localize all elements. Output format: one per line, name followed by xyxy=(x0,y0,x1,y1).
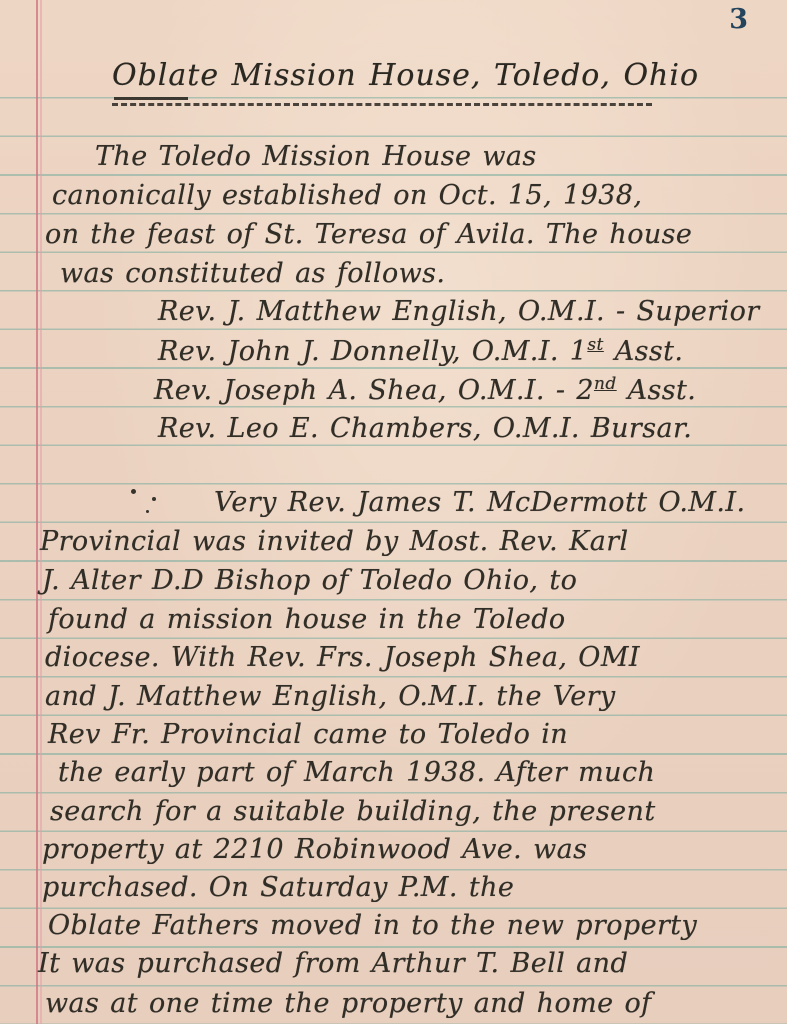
margin-line-inner xyxy=(40,0,42,1024)
handwritten-line: The Toledo Mission House was xyxy=(95,141,537,172)
margin-line xyxy=(36,0,38,1024)
handwritten-line: canonically established on Oct. 15, 1938… xyxy=(52,180,642,211)
handwritten-line: the early part of March 1938. After much xyxy=(58,757,655,788)
handwritten-line: Oblate Fathers moved in to the new prope… xyxy=(48,910,697,941)
roster-line-first-assistant: Rev. John J. Donnelly, O.M.I. 1st Asst. xyxy=(158,335,683,367)
ordinal-superscript: nd xyxy=(594,374,617,394)
roster-line-second-assistant: Rev. Joseph A. Shea, O.M.I. - 2nd Asst. xyxy=(154,374,696,406)
handwritten-line: found a mission house in the Toledo xyxy=(48,604,566,635)
handwritten-line: diocese. With Rev. Frs. Joseph Shea, OMI xyxy=(45,642,640,673)
roster-text: Asst. xyxy=(604,336,684,367)
handwritten-line: on the feast of St. Teresa of Avila. The… xyxy=(45,219,692,250)
title-underline-solid xyxy=(114,97,188,100)
handwritten-line: and J. Matthew English, O.M.I. the Very xyxy=(45,681,616,712)
notebook-page: 3 Oblate Mission House, Toledo, Ohio The… xyxy=(0,0,787,1024)
handwritten-line: J. Alter D.D Bishop of Toledo Ohio, to xyxy=(42,565,577,596)
handwritten-line: was at one time the property and home of xyxy=(45,988,652,1019)
roster-text: Asst. xyxy=(617,375,697,406)
handwritten-line: purchased. On Saturday P.M. the xyxy=(42,872,514,903)
page-title: Oblate Mission House, Toledo, Ohio xyxy=(112,58,699,93)
roster-text: Rev. Joseph A. Shea, O.M.I. - 2 xyxy=(154,375,594,406)
handwritten-line: search for a suitable building, the pres… xyxy=(50,796,656,827)
handwritten-line: Rev Fr. Provincial came to Toledo in xyxy=(48,719,568,750)
handwritten-line: was constituted as follows. xyxy=(60,258,445,289)
handwritten-line: It was purchased from Arthur T. Bell and xyxy=(38,948,628,979)
handwritten-line: property at 2210 Robinwood Ave. was xyxy=(42,834,587,865)
roster-line-superior: Rev. J. Matthew English, O.M.I. - Superi… xyxy=(158,296,760,327)
page-number: 3 xyxy=(729,4,749,35)
handwritten-line: Provincial was invited by Most. Rev. Kar… xyxy=(40,526,629,557)
title-underline-dashed xyxy=(112,103,652,106)
ink-dot xyxy=(146,510,149,513)
roster-text: Rev. John J. Donnelly, O.M.I. 1 xyxy=(158,336,587,367)
roster-line-bursar: Rev. Leo E. Chambers, O.M.I. Bursar. xyxy=(158,413,692,444)
ink-dot xyxy=(152,497,156,501)
ink-dot xyxy=(131,489,136,494)
handwritten-line: Very Rev. James T. McDermott O.M.I. xyxy=(214,487,745,518)
ordinal-superscript: st xyxy=(587,335,603,355)
